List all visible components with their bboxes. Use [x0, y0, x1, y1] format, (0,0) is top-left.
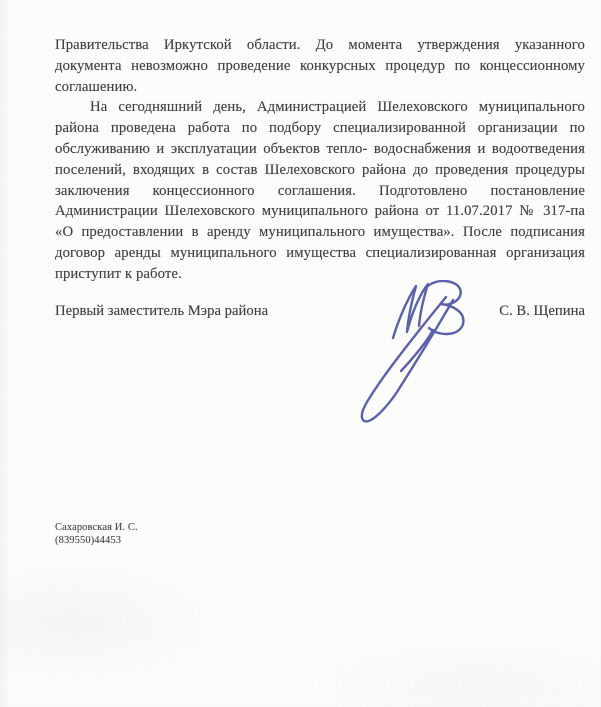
paragraph-2-line: района проведена работа по подбору специ…: [55, 118, 585, 139]
paragraph-2-line: заключения концессионного соглашения. По…: [55, 181, 585, 202]
footer-contact-block: Сахаровская И. С. (839550)44453: [55, 522, 138, 548]
scanned-document-page: Правительства Иркутской области. До моме…: [0, 0, 601, 707]
signatory-name: С. В. Щепина: [499, 301, 585, 322]
contact-name: Сахаровская И. С.: [55, 522, 138, 535]
document-body: Правительства Иркутской области. До моме…: [55, 35, 585, 285]
paragraph-2-line: «О предоставлении в аренду муниципальног…: [55, 222, 585, 243]
signoff-row: Первый заместитель Мэра района С. В. Щеп…: [55, 301, 585, 322]
paragraph-2-line: поселений, входящих в состав Шелеховског…: [55, 160, 585, 181]
paragraph-2-line: приступит к работе.: [55, 264, 585, 285]
paragraph-2-line: обслуживанию и эксплуатации объектов теп…: [55, 139, 585, 160]
signatory-title: Первый заместитель Мэра района: [55, 301, 268, 322]
paragraph-1-line: соглашению.: [55, 77, 585, 98]
paragraph-2-line: договор аренды муниципального имущества …: [55, 243, 585, 264]
paragraph-1-line: документа невозможно проведение конкурсн…: [55, 56, 585, 77]
paragraph-2-line: Администрации Шелеховского муниципальног…: [55, 201, 585, 222]
paragraph-2-line: На сегодняшний день, Администрацией Шеле…: [55, 97, 585, 118]
contact-phone: (839550)44453: [55, 535, 138, 548]
paragraph-1-line: Правительства Иркутской области. До моме…: [55, 35, 585, 56]
